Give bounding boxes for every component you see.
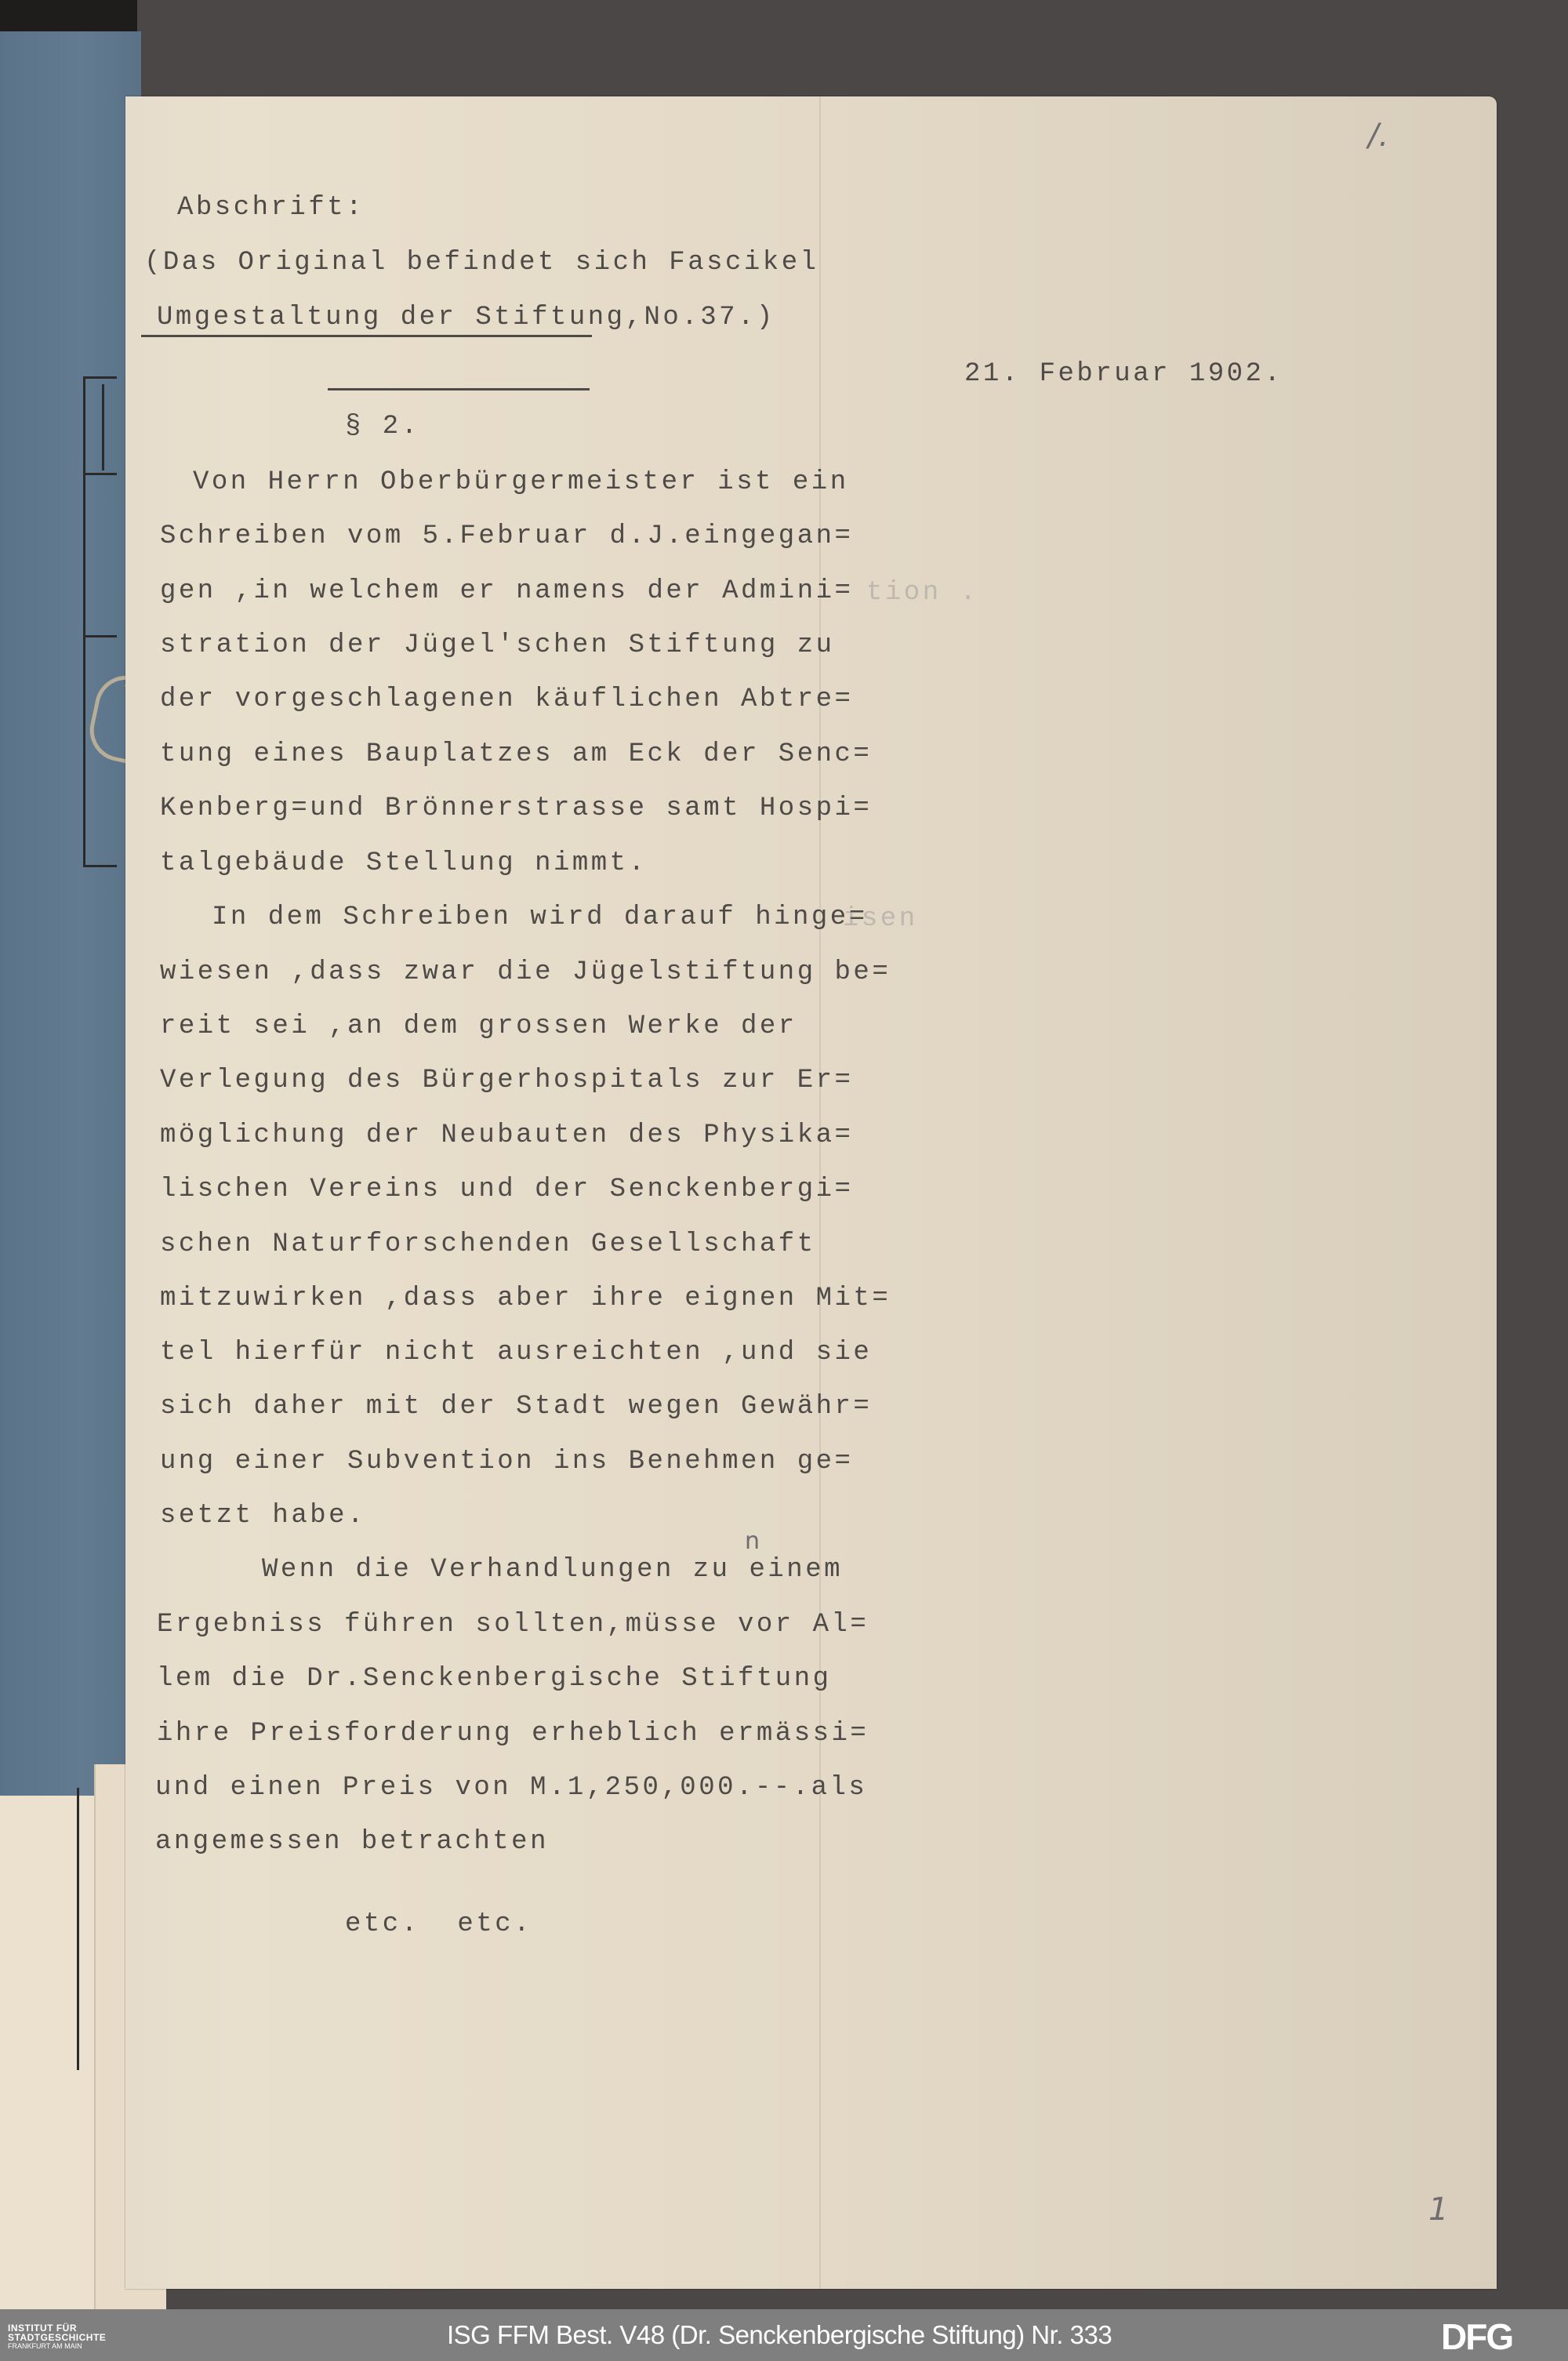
body-line: möglichung der Neubauten des Physika= — [160, 1122, 853, 1149]
binding-line-top — [102, 384, 104, 470]
faded-text: isen — [843, 904, 918, 934]
body-line: talgebäude Stellung nimmt. — [160, 850, 648, 877]
body-line: wiesen ,dass zwar die Jügelstiftung be= — [160, 959, 891, 986]
body-line: Ergebniss führen sollten,müsse vor Al= — [157, 1611, 869, 1638]
body-line: reit sei ,an dem grossen Werke der — [160, 1013, 797, 1040]
body-line: schen Naturforschenden Gesellschaft — [160, 1231, 816, 1258]
body-line: Von Herrn Oberbürgermeister ist ein — [193, 469, 849, 496]
dfg-logo: DFG — [1441, 2319, 1512, 2355]
isg-logo: INSTITUT FÜR STADTGESCHICHTE FRANKFURT A… — [8, 2323, 106, 2350]
body-line: ung einer Subvention ins Benehmen ge= — [160, 1448, 853, 1475]
doc-note-line1: (Das Original befindet sich Fascikel — [144, 249, 819, 276]
faded-text: tion . — [866, 578, 978, 608]
handwritten-insertion: n — [745, 1527, 760, 1555]
body-line: tel hierfür nicht ausreichten ,und sie — [160, 1339, 872, 1366]
body-line: gen ,in welchem er namens der Admini= — [160, 578, 853, 605]
body-line: In dem Schreiben wird darauf hinge= — [212, 904, 868, 931]
body-line: Schreiben vom 5.Februar d.J.eingegan= — [160, 523, 853, 550]
section-separator — [328, 388, 590, 390]
body-line: ihre Preisforderung erheblich ermässi= — [157, 1720, 869, 1747]
body-line: Verlegung des Bürgerhospitals zur Er= — [160, 1067, 853, 1094]
doc-note-line2: Umgestaltung der Stiftung,No.37.) — [157, 304, 775, 331]
pencil-page-number: 1 — [1428, 2192, 1448, 2228]
doc-date: 21. Februar 1902. — [964, 361, 1283, 387]
scan-edge-dark — [0, 0, 137, 35]
header-underline — [141, 335, 592, 337]
archive-footer-bar: INSTITUT FÜR STADTGESCHICHTE FRANKFURT A… — [0, 2309, 1568, 2361]
body-line: lischen Vereins und der Senckenbergi= — [160, 1176, 853, 1203]
body-line: Kenberg=und Brönnerstrasse samt Hospi= — [160, 795, 872, 822]
binding-line-lower — [77, 1788, 79, 2070]
doc-note-underlined: Umgestaltung der Stiftung — [157, 303, 626, 332]
body-line: mitzuwirken ,dass aber ihre eignen Mit= — [160, 1285, 891, 1312]
body-line: sich daher mit der Stadt wegen Gewähr= — [160, 1393, 872, 1420]
section-heading: § 2. — [345, 413, 420, 440]
closing-text: etc. etc. — [345, 1911, 532, 1938]
body-line: lem die Dr.Senckenbergische Stiftung — [157, 1665, 832, 1692]
body-line: tung eines Bauplatzes am Eck der Senc= — [160, 741, 872, 768]
body-line: stration der Jügel'schen Stiftung zu — [160, 632, 835, 659]
logo-line3: FRANKFURT AM MAIN — [8, 2343, 106, 2350]
pencil-mark-top-right: /. — [1368, 118, 1388, 154]
body-line: setzt habe. — [160, 1502, 366, 1529]
logo-line2: STADTGESCHICHTE — [8, 2333, 106, 2342]
binding-bracket-top — [83, 376, 117, 475]
body-line: angemessen betrachten — [155, 1829, 549, 1855]
body-line: und einen Preis von M.1,250,000.--.als — [155, 1774, 867, 1801]
archive-reference: ISG FFM Best. V48 (Dr. Senckenbergische … — [447, 2320, 1112, 2350]
body-line: der vorgeschlagenen käuflichen Abtre= — [160, 686, 853, 713]
doc-title: Abschrift: — [177, 194, 365, 221]
folder-lower-sheet — [0, 1796, 102, 2309]
doc-note-rest: ,No.37.) — [626, 303, 775, 332]
body-line: Wenn die Verhandlungen zu einem — [262, 1556, 843, 1583]
